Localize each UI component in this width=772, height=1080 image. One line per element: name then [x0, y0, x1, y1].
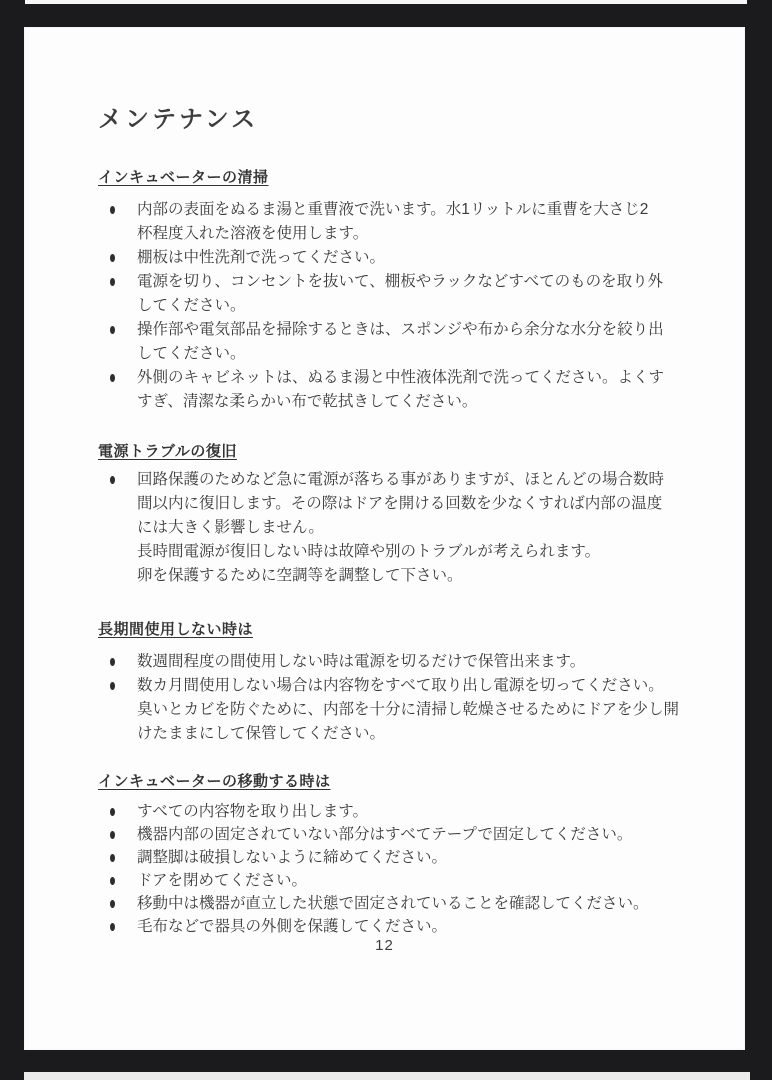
section-heading: 電源トラブルの復旧 — [98, 442, 691, 462]
bullet-dot-icon — [110, 254, 115, 262]
bullet-item: 数カ月間使用しない場合は内容物をすべて取り出し電源を切ってください。 臭いとカビ… — [98, 674, 691, 746]
bullet-text: 電源を切り、コンセントを抜いて、棚板やラックなどすべてのものを取り外 してくださ… — [137, 273, 663, 314]
section-heading: インキュベーターの清掃 — [98, 168, 691, 188]
bullet-dot-icon — [110, 854, 115, 862]
section-moving-incubator: インキュベーターの移動する時は すべての内容物を取り出します。 機器内部の固定さ… — [98, 772, 691, 938]
bullet-text: 機器内部の固定されていない部分はすべてテープで固定してください。 — [137, 826, 632, 843]
bullet-text: 外側のキャビネットは、ぬるま湯と中性液体洗剤で洗ってください。よくす すぎ、清潔… — [137, 369, 664, 410]
document-viewer: メンテナンス インキュベーターの清掃 内部の表面をぬるま湯と重曹液で洗います。水… — [0, 0, 772, 1080]
bullet-dot-icon — [110, 374, 115, 382]
bullet-text: すべての内容物を取り出します。 — [137, 803, 368, 820]
bullet-item: 回路保護のためなど急に電源が落ちる事がありますが、ほとんどの場合数時 間以内に復… — [98, 468, 691, 588]
bullet-dot-icon — [110, 831, 115, 839]
page-title: メンテナンス — [98, 106, 691, 134]
page-number: 12 — [24, 937, 745, 954]
document-page: メンテナンス インキュベーターの清掃 内部の表面をぬるま湯と重曹液で洗います。水… — [24, 27, 745, 1050]
bullet-text: 移動中は機器が直立した状態で固定されていることを確認してください。 — [137, 895, 649, 912]
bullet-list: 数週間程度の間使用しない時は電源を切るだけで保管出来ます。 数カ月間使用しない場… — [98, 650, 691, 746]
bullet-text: 棚板は中性洗剤で洗ってください。 — [137, 249, 385, 266]
bullet-item: すべての内容物を取り出します。 — [98, 800, 691, 823]
section-heading: 長期間使用しない時は — [98, 620, 691, 640]
bullet-item: ドアを閉めてください。 — [98, 869, 691, 892]
bullet-list: 内部の表面をぬるま湯と重曹液で洗います。水1リットルに重曹を大さじ2 杯程度入れ… — [98, 198, 691, 414]
bullet-list: 回路保護のためなど急に電源が落ちる事がありますが、ほとんどの場合数時 間以内に復… — [98, 468, 691, 588]
bullet-dot-icon — [110, 658, 115, 666]
bullet-text: 数カ月間使用しない場合は内容物をすべて取り出し電源を切ってください。 臭いとカビ… — [137, 677, 679, 742]
bullet-text: 操作部や電気部品を掃除するときは、スポンジや布から余分な水分を絞り出 してくださ… — [137, 321, 664, 362]
bullet-item: 内部の表面をぬるま湯と重曹液で洗います。水1リットルに重曹を大さじ2 杯程度入れ… — [98, 198, 691, 246]
bullet-dot-icon — [110, 206, 115, 214]
bullet-dot-icon — [110, 682, 115, 690]
bullet-dot-icon — [110, 877, 115, 885]
bullet-item: 数週間程度の間使用しない時は電源を切るだけで保管出来ます。 — [98, 650, 691, 674]
bullet-item: 調整脚は破損しないように締めてください。 — [98, 846, 691, 869]
bullet-item: 棚板は中性洗剤で洗ってください。 — [98, 246, 691, 270]
bullet-dot-icon — [110, 808, 115, 816]
bullet-dot-icon — [110, 923, 115, 931]
bullet-item: 機器内部の固定されていない部分はすべてテープで固定してください。 — [98, 823, 691, 846]
bullet-text: 調整脚は破損しないように締めてください。 — [137, 849, 447, 866]
previous-page-edge — [25, 0, 747, 4]
bullet-dot-icon — [110, 476, 115, 484]
section-heading: インキュベーターの移動する時は — [98, 772, 691, 792]
bullet-text: ドアを閉めてください。 — [137, 872, 307, 889]
bullet-item: 操作部や電気部品を掃除するときは、スポンジや布から余分な水分を絞り出 してくださ… — [98, 318, 691, 366]
bullet-item: 毛布などで器具の外側を保護してください。 — [98, 915, 691, 938]
bullet-item: 外側のキャビネットは、ぬるま湯と中性液体洗剤で洗ってください。よくす すぎ、清潔… — [98, 366, 691, 414]
bullet-text: 毛布などで器具の外側を保護してください。 — [137, 918, 447, 935]
section-power-trouble-recovery: 電源トラブルの復旧 回路保護のためなど急に電源が落ちる事がありますが、ほとんどの… — [98, 442, 691, 588]
bullet-text: 数週間程度の間使用しない時は電源を切るだけで保管出来ます。 — [137, 653, 585, 670]
bullet-text: 回路保護のためなど急に電源が落ちる事がありますが、ほとんどの場合数時 間以内に復… — [137, 471, 664, 584]
next-page-edge — [24, 1072, 750, 1080]
bullet-item: 電源を切り、コンセントを抜いて、棚板やラックなどすべてのものを取り外 してくださ… — [98, 270, 691, 318]
bullet-dot-icon — [110, 278, 115, 286]
bullet-list: すべての内容物を取り出します。 機器内部の固定されていない部分はすべてテープで固… — [98, 800, 691, 938]
section-long-term-storage: 長期間使用しない時は 数週間程度の間使用しない時は電源を切るだけで保管出来ます。… — [98, 620, 691, 746]
bullet-item: 移動中は機器が直立した状態で固定されていることを確認してください。 — [98, 892, 691, 915]
section-incubator-cleaning: インキュベーターの清掃 内部の表面をぬるま湯と重曹液で洗います。水1リットルに重… — [98, 168, 691, 414]
bullet-dot-icon — [110, 900, 115, 908]
bullet-dot-icon — [110, 326, 115, 334]
bullet-text: 内部の表面をぬるま湯と重曹液で洗います。水1リットルに重曹を大さじ2 杯程度入れ… — [137, 201, 648, 242]
